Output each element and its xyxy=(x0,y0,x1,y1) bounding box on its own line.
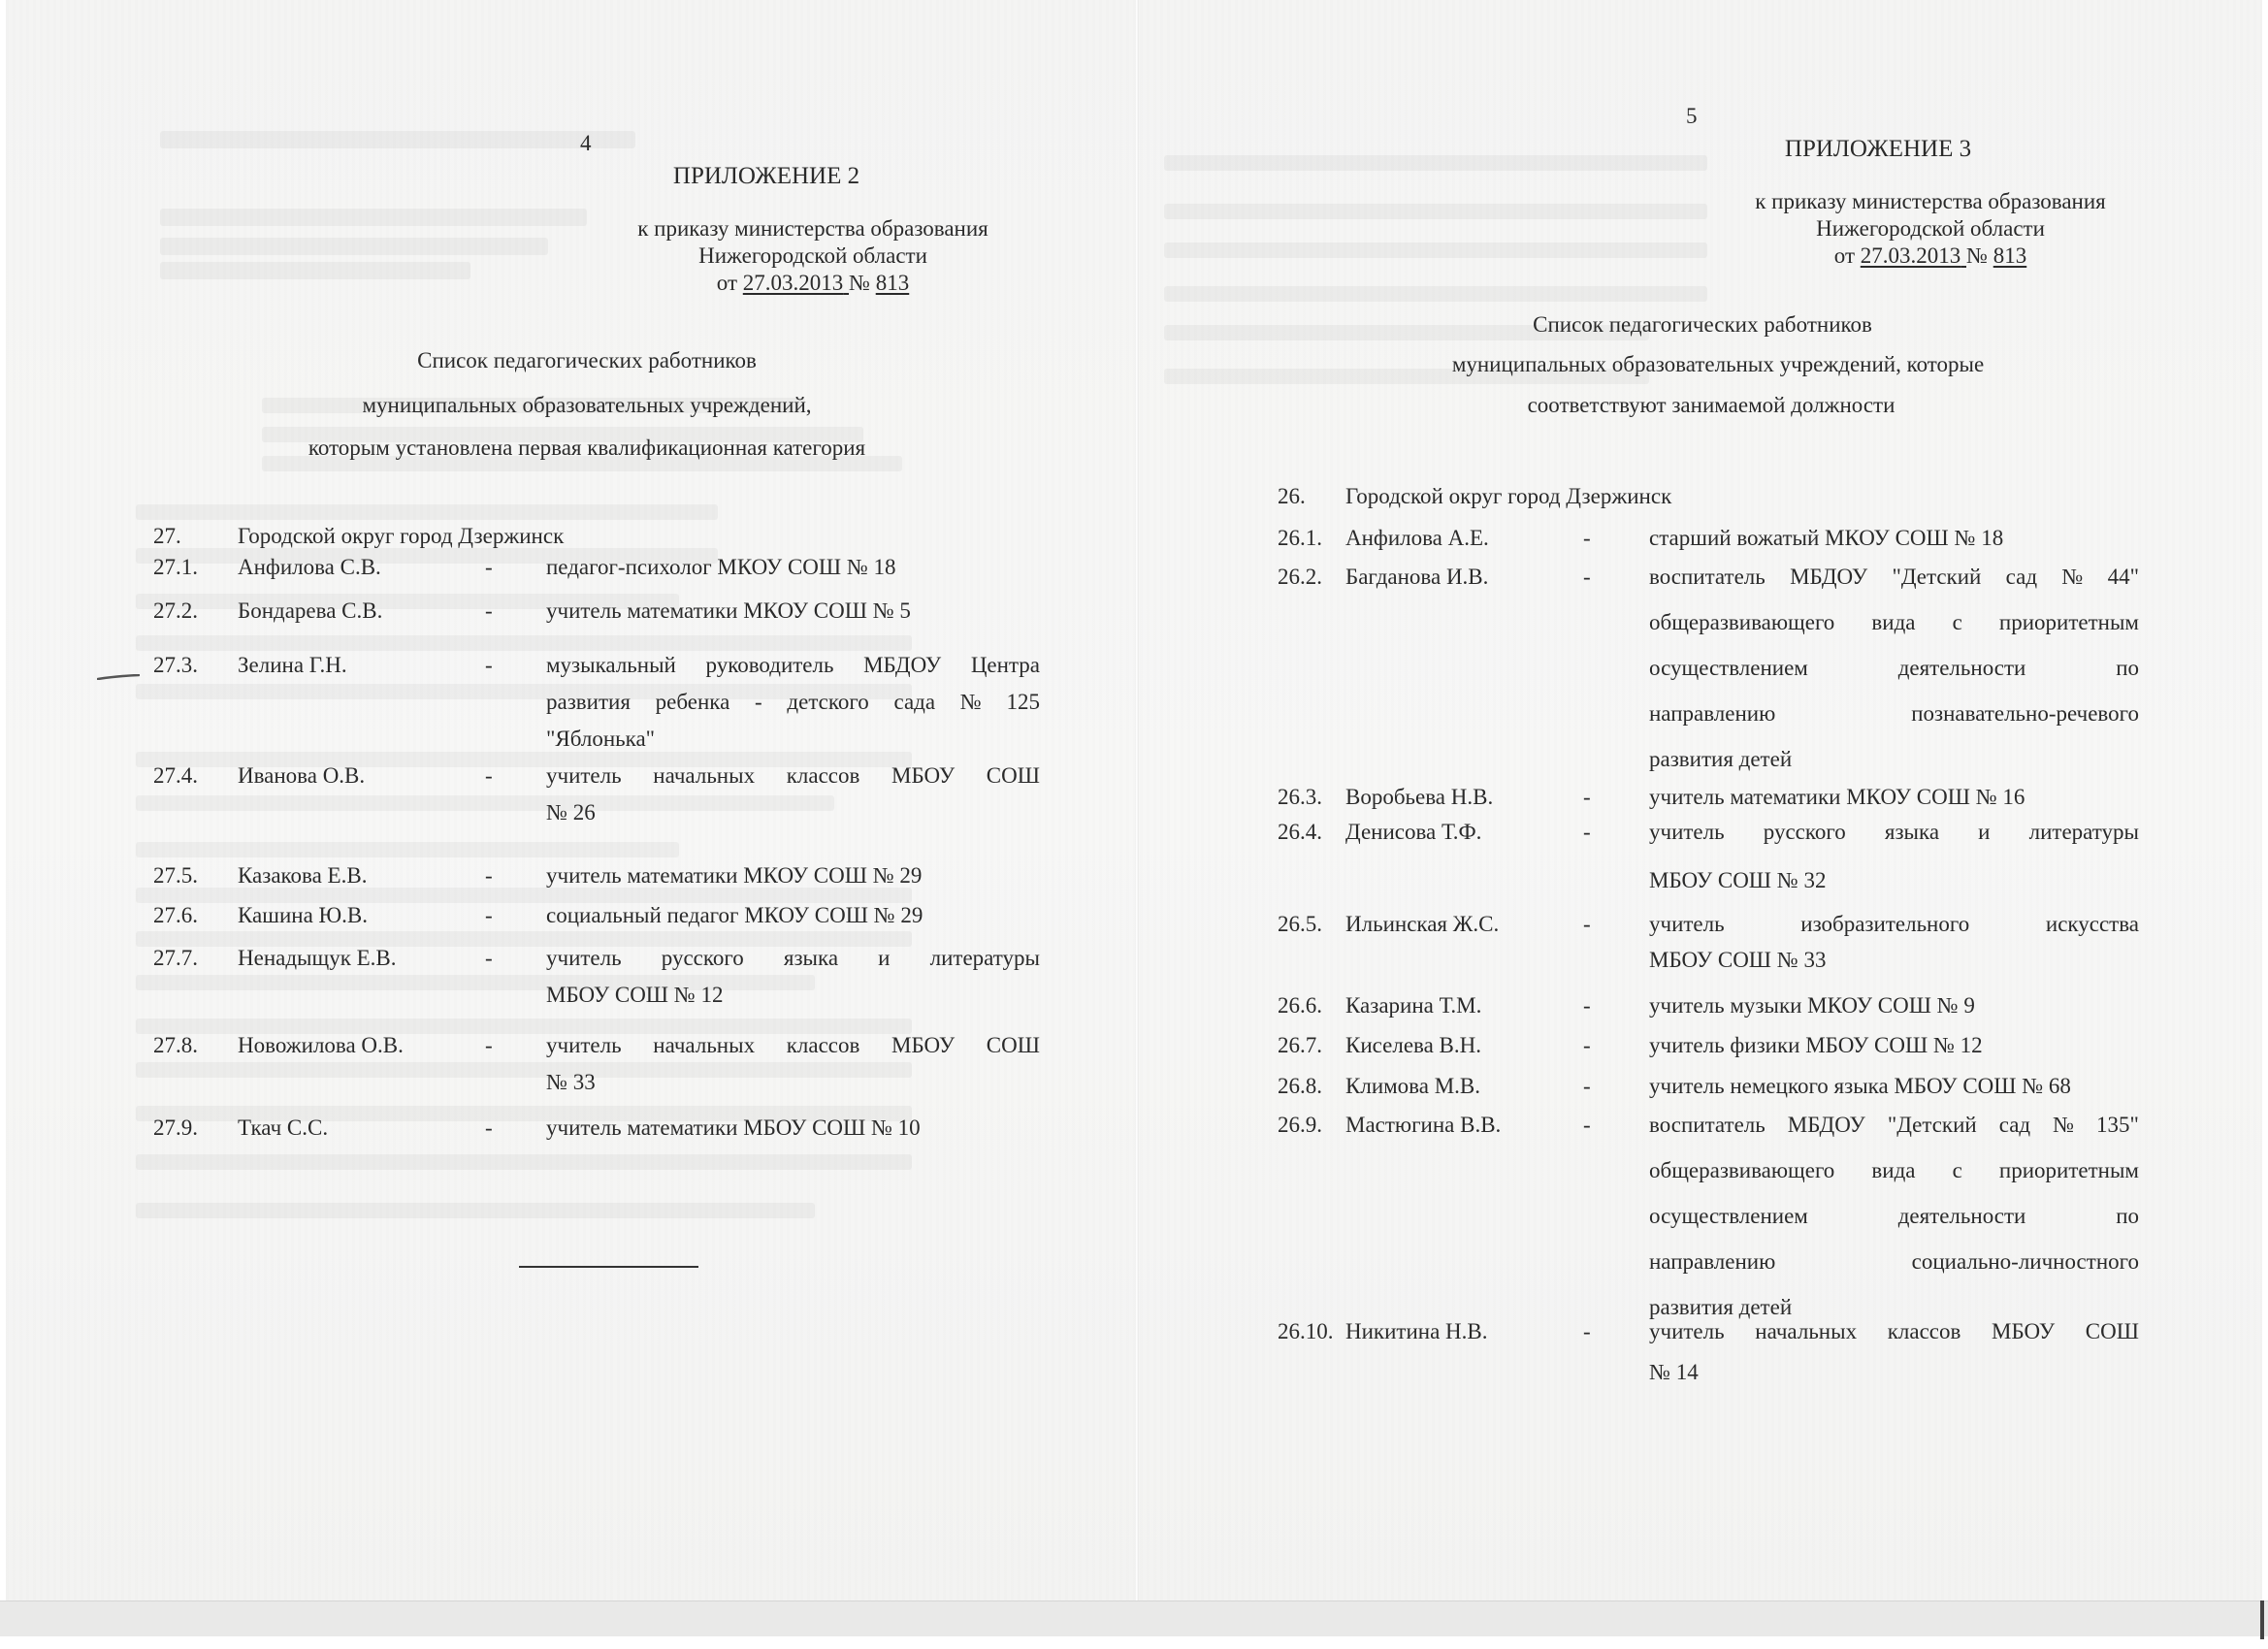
order-number: 813 xyxy=(1993,243,2027,268)
word: литературы xyxy=(2029,819,2139,846)
word: учитель xyxy=(546,762,622,790)
show-through-mark xyxy=(136,504,718,520)
show-through-mark xyxy=(136,842,679,857)
item-number: 26.3. xyxy=(1278,784,1322,811)
word: с xyxy=(1953,1157,1962,1184)
order-no-sign: № xyxy=(1966,243,1988,268)
word: классов xyxy=(787,1032,860,1059)
word: приоритетным xyxy=(1999,609,2139,636)
word: с xyxy=(1953,609,1962,636)
word: общеразвивающего xyxy=(1649,609,1834,636)
order-line-2: Нижегородской области xyxy=(698,242,927,270)
word: МБДОУ xyxy=(863,652,941,679)
position-text: воспитательМБДОУ"Детскийсад№135" xyxy=(1649,1112,2139,1139)
position-text: № 33 xyxy=(546,1069,596,1096)
word: 44" xyxy=(2108,564,2139,591)
item-number: 26.6. xyxy=(1278,992,1322,1019)
item-number: 26.5. xyxy=(1278,911,1322,938)
item-number: 26.4. xyxy=(1278,819,1322,846)
section-number: 26. xyxy=(1278,483,1306,510)
word: классов xyxy=(1888,1318,1961,1345)
position-text: педагог-психолог МКОУ СОШ № 18 xyxy=(546,554,896,581)
list-title-line-1: Список педагогических работников xyxy=(1533,311,1872,339)
show-through-mark xyxy=(1164,204,1707,219)
word: и xyxy=(1978,819,1990,846)
word: русского xyxy=(1764,819,1846,846)
dash-separator: - xyxy=(485,762,493,790)
word: руководитель xyxy=(706,652,834,679)
position-text: учитель музыки МКОУ СОШ № 9 xyxy=(1649,992,1975,1019)
show-through-mark xyxy=(160,262,470,279)
word: СОШ xyxy=(987,762,1040,790)
staff-name: Ткач С.С. xyxy=(238,1115,328,1142)
item-number: 27.1. xyxy=(153,554,198,581)
word: осуществлением xyxy=(1649,655,1808,682)
word: начальных xyxy=(653,762,755,790)
show-through-mark xyxy=(136,1154,912,1170)
word: МБОУ xyxy=(1992,1318,2055,1345)
dash-separator: - xyxy=(485,862,493,889)
item-number: 27.7. xyxy=(153,945,198,972)
word: - xyxy=(755,689,762,716)
position-text: осуществлениемдеятельностипо xyxy=(1649,655,2139,682)
position-text: учительизобразительногоискусства xyxy=(1649,911,2139,938)
word: и xyxy=(878,945,890,972)
position-text: музыкальныйруководительМБДОУЦентра xyxy=(546,652,1040,679)
staff-name: Казакова Е.В. xyxy=(238,862,367,889)
position-text: старший вожатый МКОУ СОШ № 18 xyxy=(1649,525,2003,552)
position-text: МБОУ СОШ № 12 xyxy=(546,982,723,1009)
staff-name: Анфилова А.Е. xyxy=(1345,525,1489,552)
order-date: 27.03.2013 xyxy=(1861,243,1961,268)
word: МБОУ xyxy=(891,762,955,790)
dash-separator: - xyxy=(485,1115,493,1142)
word: развития xyxy=(546,689,631,716)
show-through-mark xyxy=(136,1062,912,1078)
item-number: 26.8. xyxy=(1278,1073,1322,1100)
show-through-mark xyxy=(160,209,587,226)
dash-separator: - xyxy=(1583,525,1591,552)
word: изобразительного xyxy=(1800,911,1969,938)
dash-separator: - xyxy=(485,652,493,679)
position-text: общеразвивающеговидасприоритетным xyxy=(1649,1157,2139,1184)
list-title-line-1: Список педагогических работников xyxy=(417,347,757,374)
show-through-mark xyxy=(160,238,548,255)
word: учитель xyxy=(1649,1318,1725,1345)
word: СОШ xyxy=(2086,1318,2139,1345)
staff-name: Ненадыщук Е.В. xyxy=(238,945,397,972)
position-text: учитель математики МКОУ СОШ № 16 xyxy=(1649,784,2025,811)
staff-name: Киселева В.Н. xyxy=(1345,1032,1481,1059)
dash-separator: - xyxy=(485,902,493,929)
word: СОШ xyxy=(987,1032,1040,1059)
word: воспитатель xyxy=(1649,564,1766,591)
word: сад xyxy=(1999,1112,2030,1139)
dash-separator: - xyxy=(1583,911,1591,938)
position-text: общеразвивающеговидасприоритетным xyxy=(1649,609,2139,636)
staff-name: Кашина Ю.В. xyxy=(238,902,368,929)
position-text: № 14 xyxy=(1649,1359,1699,1386)
word: МБОУ xyxy=(891,1032,955,1059)
dash-separator: - xyxy=(485,554,493,581)
show-through-mark xyxy=(136,795,834,811)
dash-separator: - xyxy=(1583,992,1591,1019)
word: классов xyxy=(787,762,860,790)
word: МБДОУ xyxy=(1790,564,1867,591)
pen-mark-icon xyxy=(97,674,140,680)
position-text: МБОУ СОШ № 32 xyxy=(1649,867,1826,894)
word: Центра xyxy=(971,652,1040,679)
word: литературы xyxy=(930,945,1040,972)
word: сада xyxy=(893,689,935,716)
word: учитель xyxy=(546,1032,622,1059)
word: "Детский xyxy=(1892,564,1981,591)
staff-name: Ильинская Ж.С. xyxy=(1345,911,1499,938)
dash-separator: - xyxy=(485,945,493,972)
appendix-title: ПРИЛОЖЕНИЕ 3 xyxy=(1785,136,1971,163)
word: учитель xyxy=(1649,819,1725,846)
position-text: "Яблонька" xyxy=(546,726,655,753)
dash-separator: - xyxy=(1583,1112,1591,1139)
section-number: 27. xyxy=(153,523,181,550)
word: по xyxy=(2116,655,2139,682)
staff-name: Мастюгина В.В. xyxy=(1345,1112,1501,1139)
item-number: 26.9. xyxy=(1278,1112,1322,1139)
position-text: учительрусскогоязыкаилитературы xyxy=(546,945,1040,972)
list-title-line-3: которым установлена первая квалификацион… xyxy=(308,435,865,462)
position-text: учитель математики МКОУ СОШ № 5 xyxy=(546,598,911,625)
word: социально-личностного xyxy=(1912,1248,2139,1276)
order-date: 27.03.2013 xyxy=(743,271,844,295)
word: вида xyxy=(1871,1157,1915,1184)
order-prefix: от xyxy=(1834,243,1855,268)
order-prefix: от xyxy=(717,271,737,295)
page-number: 5 xyxy=(1686,103,1698,130)
order-line-2: Нижегородской области xyxy=(1816,215,2045,242)
position-text: МБОУ СОШ № 33 xyxy=(1649,947,1826,974)
staff-name: Зелина Г.Н. xyxy=(238,652,347,679)
item-number: 27.2. xyxy=(153,598,198,625)
staff-name: Анфилова С.В. xyxy=(238,554,381,581)
position-text: направлениюпознавательно-речевого xyxy=(1649,700,2139,727)
staff-name: Казарина Т.М. xyxy=(1345,992,1481,1019)
word: русского xyxy=(662,945,744,972)
word: № xyxy=(2061,564,2083,591)
item-number: 26.7. xyxy=(1278,1032,1322,1059)
word: № xyxy=(960,689,982,716)
word: сад xyxy=(2006,564,2037,591)
word: начальных xyxy=(1755,1318,1857,1345)
item-number: 26.1. xyxy=(1278,525,1322,552)
position-text: учительрусскогоязыкаилитературы xyxy=(1649,819,2139,846)
word: вида xyxy=(1871,609,1915,636)
page-fold xyxy=(1135,0,1139,1600)
position-text: учительначальныхклассовМБОУСОШ xyxy=(546,762,1040,790)
word: осуществлением xyxy=(1649,1203,1808,1230)
word: начальных xyxy=(653,1032,755,1059)
dash-separator: - xyxy=(1583,1318,1591,1345)
dash-separator: - xyxy=(1583,1032,1591,1059)
staff-name: Денисова Т.Ф. xyxy=(1345,819,1481,846)
appendix-title: ПРИЛОЖЕНИЕ 2 xyxy=(673,163,859,190)
show-through-mark xyxy=(136,888,912,903)
item-number: 26.10. xyxy=(1278,1318,1334,1345)
position-text: учитель математики МБОУ СОШ № 10 xyxy=(546,1115,921,1142)
word: познавательно-речевого xyxy=(1911,700,2139,727)
position-text: социальный педагог МКОУ СОШ № 29 xyxy=(546,902,923,929)
show-through-mark xyxy=(1164,242,1707,258)
dash-separator: - xyxy=(1583,1073,1591,1100)
staff-name: Никитина Н.В. xyxy=(1345,1318,1487,1345)
staff-name: Иванова О.В. xyxy=(238,762,365,790)
order-number: 813 xyxy=(876,271,910,295)
dash-separator: - xyxy=(485,1032,493,1059)
word: музыкальный xyxy=(546,652,676,679)
order-reference: от 27.03.2013 № 813 xyxy=(1834,242,2026,270)
word: языка xyxy=(1885,819,1939,846)
word: учитель xyxy=(546,945,622,972)
position-text: учитель немецкого языка МБОУ СОШ № 68 xyxy=(1649,1073,2071,1100)
scanner-bed xyxy=(0,1600,2268,1636)
item-number: 26.2. xyxy=(1278,564,1322,591)
position-text: учительначальныхклассовМБОУСОШ xyxy=(546,1032,1040,1059)
word: 135" xyxy=(2096,1112,2139,1139)
position-text: учительначальныхклассовМБОУСОШ xyxy=(1649,1318,2139,1345)
dash-separator: - xyxy=(1583,819,1591,846)
word: направлению xyxy=(1649,700,1775,727)
word: языка xyxy=(784,945,838,972)
position-text: развития детей xyxy=(1649,746,1792,773)
staff-name: Новожилова О.В. xyxy=(238,1032,404,1059)
word: общеразвивающего xyxy=(1649,1157,1834,1184)
show-through-mark xyxy=(1164,155,1707,171)
item-number: 27.5. xyxy=(153,862,198,889)
dash-separator: - xyxy=(485,598,493,625)
staff-name: Багданова И.В. xyxy=(1345,564,1488,591)
position-text: направлениюсоциально-личностного xyxy=(1649,1248,2139,1276)
word: "Детский xyxy=(1888,1112,1977,1139)
item-number: 27.3. xyxy=(153,652,198,679)
show-through-mark xyxy=(160,131,635,148)
scanner-edge xyxy=(2260,1600,2264,1639)
position-text: развития детей xyxy=(1649,1294,1792,1321)
word: воспитатель xyxy=(1649,1112,1766,1139)
show-through-mark xyxy=(136,635,912,651)
section-title: Городской округ город Дзержинск xyxy=(1345,483,1671,510)
position-text: № 26 xyxy=(546,799,596,826)
show-through-mark xyxy=(1164,286,1707,302)
word: № xyxy=(2053,1112,2074,1139)
item-number: 27.4. xyxy=(153,762,198,790)
position-text: учитель физики МБОУ СОШ № 12 xyxy=(1649,1032,1983,1059)
word: приоритетным xyxy=(1999,1157,2139,1184)
page-number: 4 xyxy=(580,130,592,157)
section-title: Городской округ город Дзержинск xyxy=(238,523,564,550)
word: 125 xyxy=(1006,689,1040,716)
staff-name: Климова М.В. xyxy=(1345,1073,1480,1100)
word: деятельности xyxy=(1898,655,2026,682)
position-text: осуществлениемдеятельностипо xyxy=(1649,1203,2139,1230)
item-number: 27.6. xyxy=(153,902,198,929)
order-line-1: к приказу министерства образования xyxy=(637,215,988,242)
dash-separator: - xyxy=(1583,784,1591,811)
word: искусства xyxy=(2046,911,2139,938)
position-text: воспитательМБДОУ"Детскийсад№44" xyxy=(1649,564,2139,591)
list-title-line-3: соответствуют занимаемой должности xyxy=(1528,392,1895,419)
word: ребенка xyxy=(656,689,730,716)
list-title-line-2: муниципальных образовательных учреждений… xyxy=(1452,351,1984,378)
order-line-1: к приказу министерства образования xyxy=(1755,188,2105,215)
word: учитель xyxy=(1649,911,1725,938)
position-text: учитель математики МКОУ СОШ № 29 xyxy=(546,862,922,889)
end-rule xyxy=(519,1266,698,1268)
order-reference: от 27.03.2013 № 813 xyxy=(717,270,909,297)
position-text: развитияребенка-детскогосада№125 xyxy=(546,689,1040,716)
word: детского xyxy=(787,689,868,716)
dash-separator: - xyxy=(1583,564,1591,591)
staff-name: Бондарева С.В. xyxy=(238,598,382,625)
word: направлению xyxy=(1649,1248,1775,1276)
item-number: 27.9. xyxy=(153,1115,198,1142)
staff-name: Воробьева Н.В. xyxy=(1345,784,1493,811)
order-no-sign: № xyxy=(849,271,870,295)
word: МБДОУ xyxy=(1788,1112,1865,1139)
list-title-line-2: муниципальных образовательных учреждений… xyxy=(362,392,811,419)
word: по xyxy=(2116,1203,2139,1230)
item-number: 27.8. xyxy=(153,1032,198,1059)
show-through-mark xyxy=(136,1203,815,1218)
word: деятельности xyxy=(1898,1203,2026,1230)
